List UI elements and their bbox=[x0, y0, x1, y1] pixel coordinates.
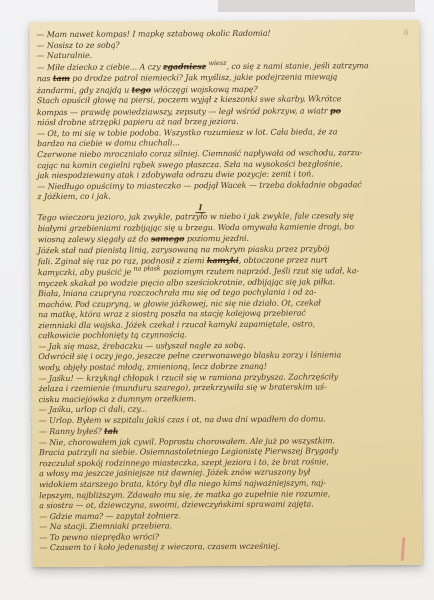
background-sheet bbox=[218, 0, 415, 12]
manuscript-block-2: Tego wieczoru jezioro, jak zwykle, patrz… bbox=[38, 211, 418, 554]
manuscript-line: — Czasem to i koło jedenastej z wieczora… bbox=[40, 541, 418, 554]
manuscript-page: 6 — Mam nawet kompas! I mapkę sztabową o… bbox=[29, 20, 422, 567]
photo-background: 6 — Mam nawet kompas! I mapkę sztabową o… bbox=[0, 0, 434, 600]
manuscript-block-1: — Mam nawet kompas! I mapkę sztabową oko… bbox=[36, 28, 415, 203]
manuscript-text: — Mam nawet kompas! I mapkę sztabową oko… bbox=[36, 28, 417, 554]
